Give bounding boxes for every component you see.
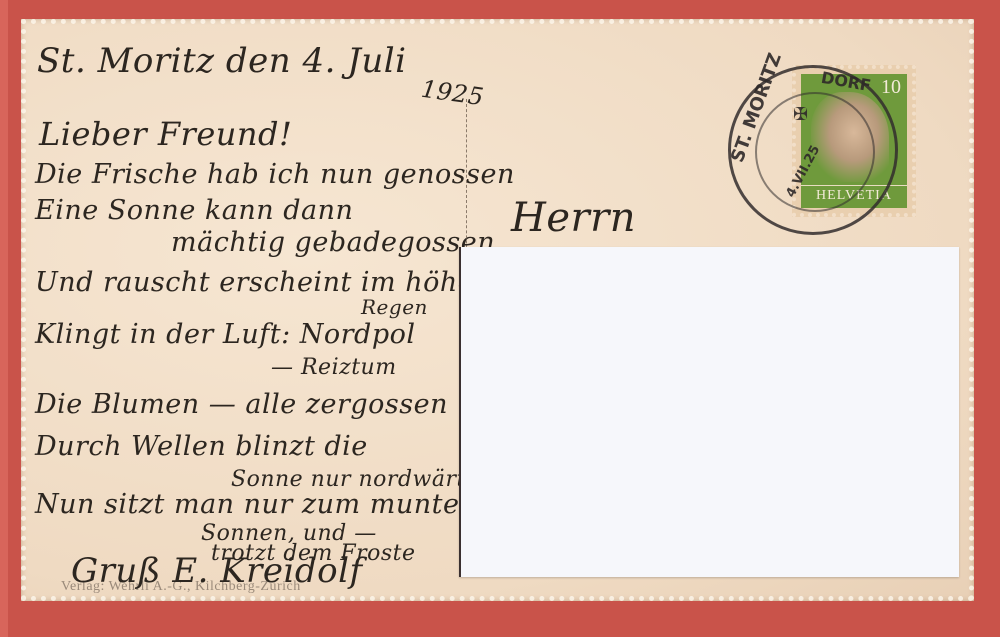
message-date-line: St. Moritz den 4. Juli [37, 41, 406, 81]
message-signature: Gruß E. Kreidolf [71, 551, 363, 591]
background-edge [0, 0, 8, 637]
message-salutation: Lieber Freund! [39, 115, 292, 153]
recipient-prefix: Herrn [511, 195, 636, 241]
message-year: 1925 [419, 75, 485, 112]
postmark: ST. MORITZ DORF ✠ 4.VII.25 [728, 65, 898, 235]
message-line: Regen [361, 295, 428, 319]
message-line: Durch Wellen blinzt die [35, 431, 368, 462]
swiss-cross-icon: ✠ [793, 104, 808, 125]
message-line: Die Frische hab ich nun genossen [35, 159, 515, 190]
message-line: Und rauscht erscheint im höheren [35, 267, 522, 298]
address-cover-label [459, 247, 959, 577]
postcard: St. Moritz den 4. Juli 1925 Lieber Freun… [21, 19, 974, 601]
message-line: Nun sitzt man nur zum munter [35, 489, 473, 520]
stamp-value: 10 [881, 76, 901, 99]
message-line: Klingt in der Luft: Nordpol [35, 319, 416, 350]
message-line: Die Blumen — alle zergossen [35, 389, 448, 420]
message-line: — Reiztum [271, 355, 397, 380]
message-line: Eine Sonne kann dann [35, 195, 353, 226]
message-line: mächtig gebadegossen [171, 227, 495, 258]
